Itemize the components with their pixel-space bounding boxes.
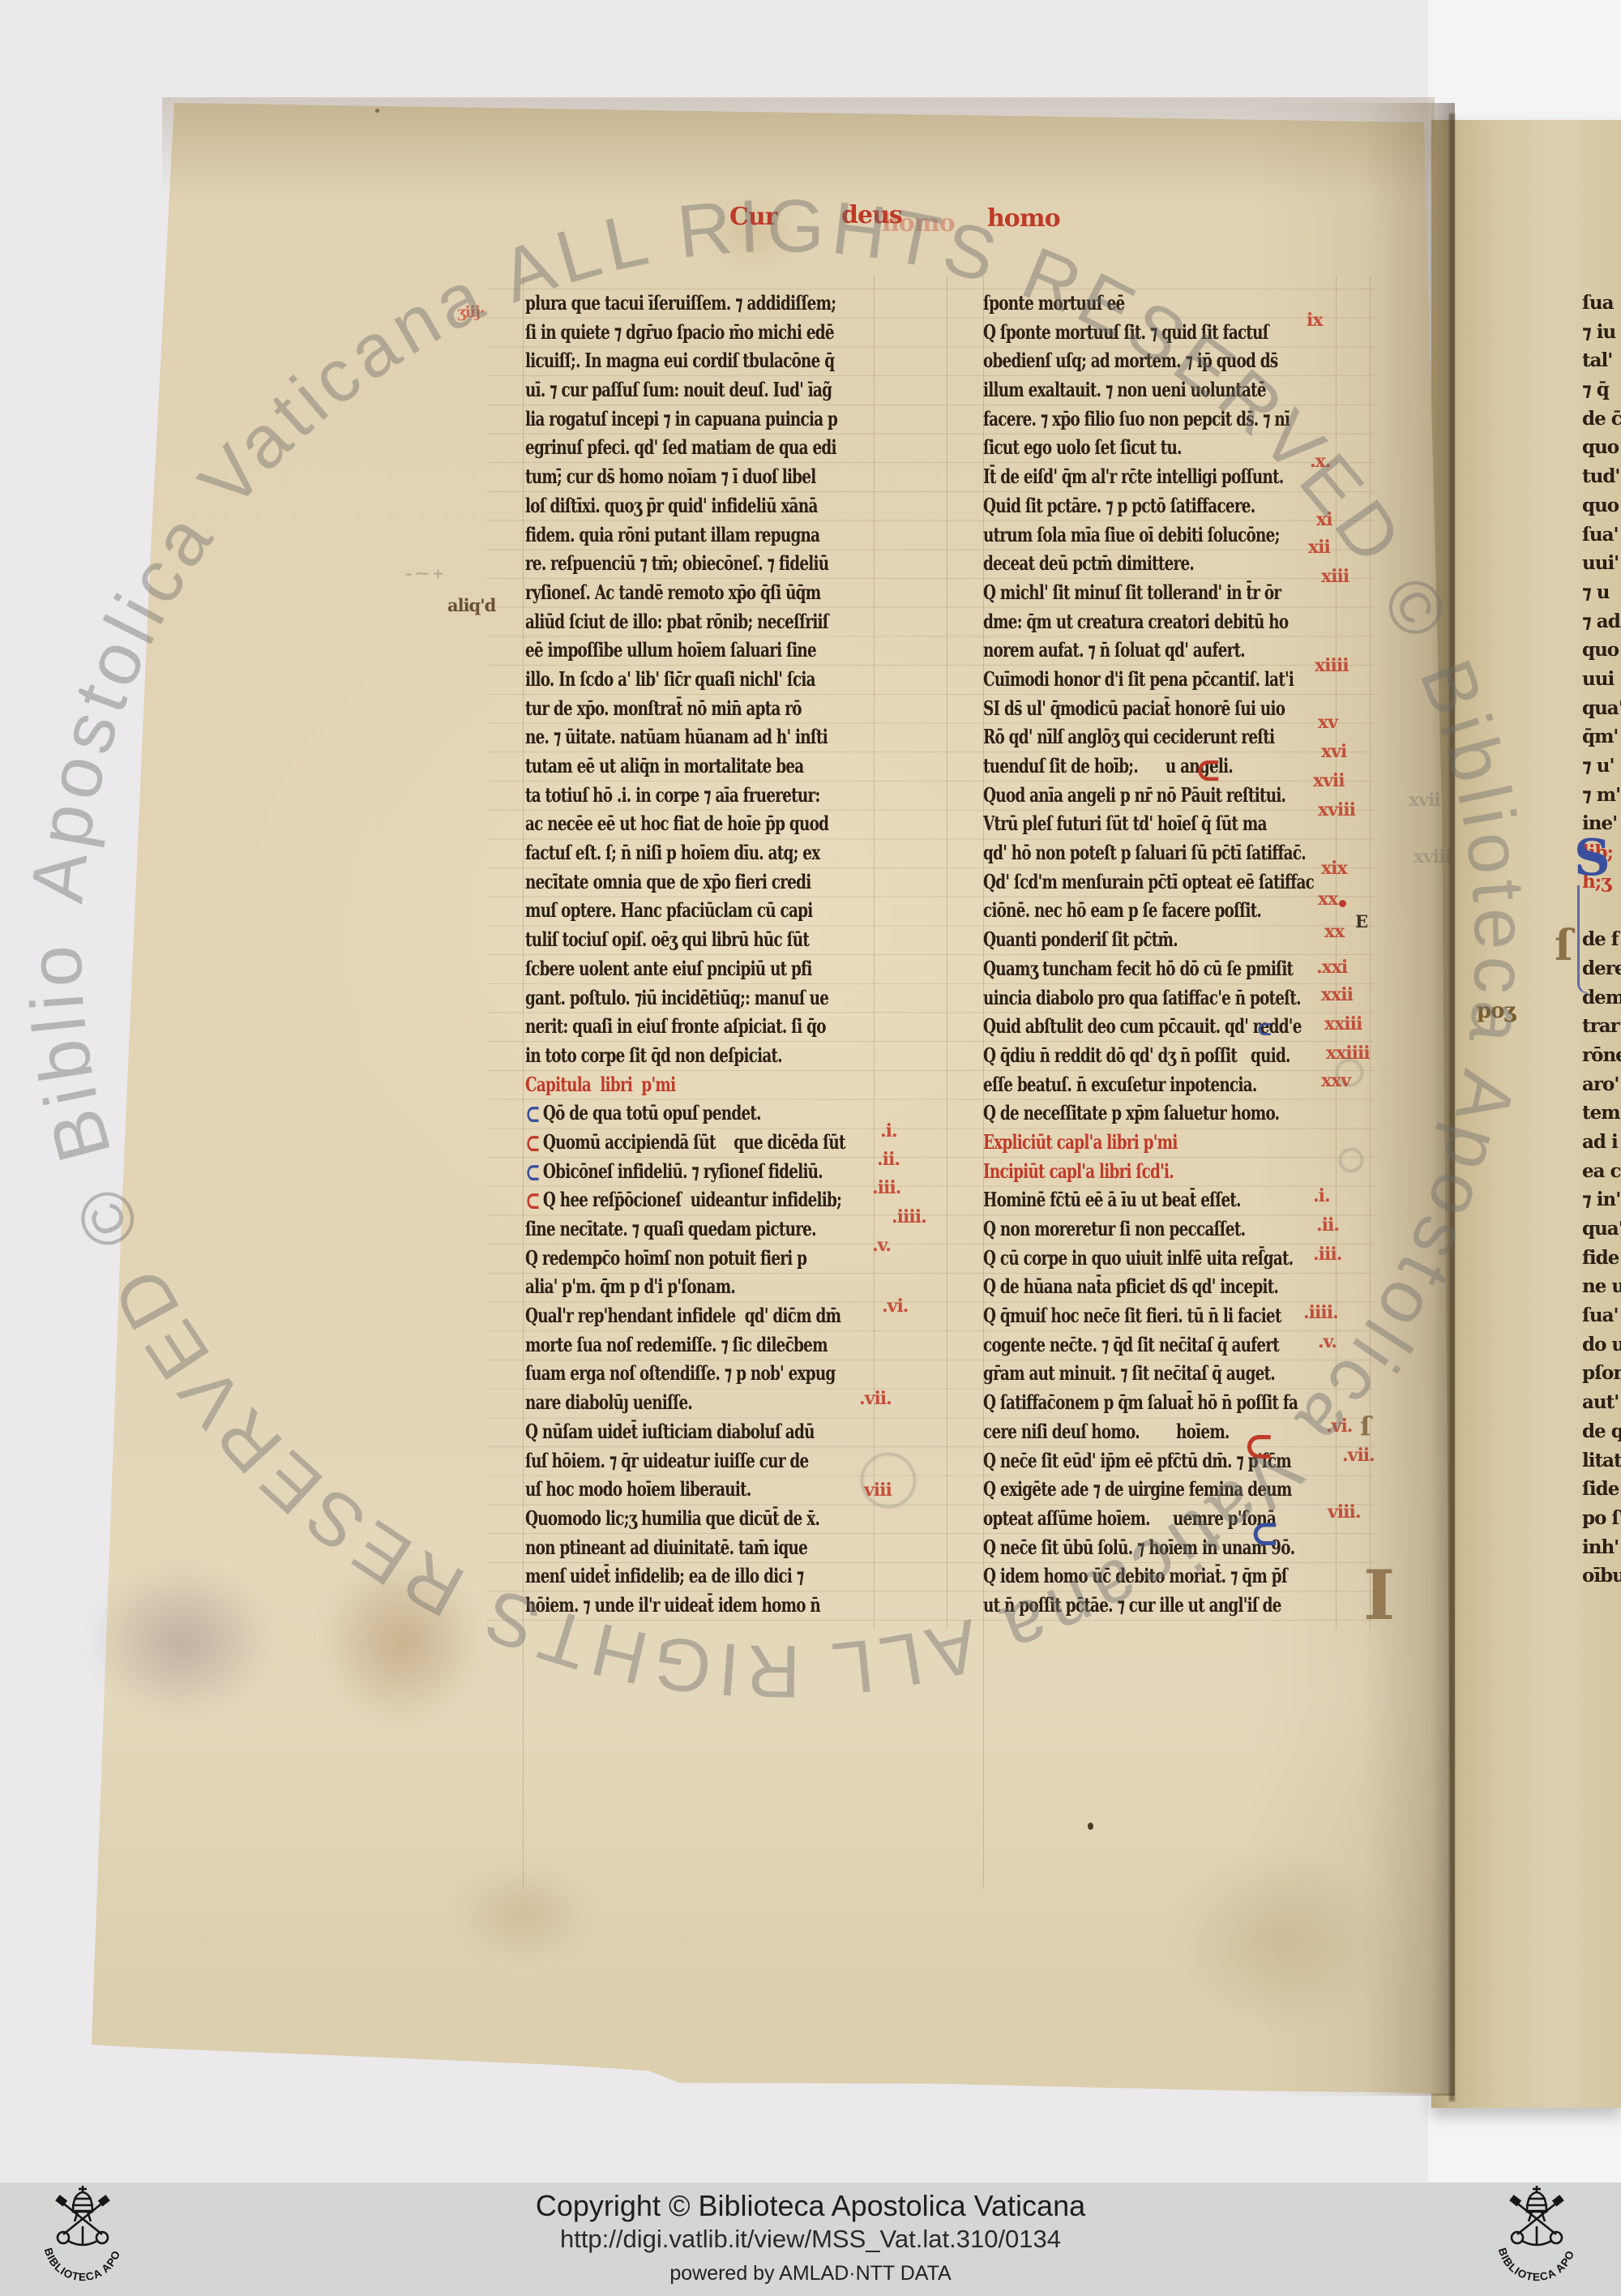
manuscript-line-fragment: dere <box>1582 954 1621 983</box>
manuscript-line: illo. In ſcdo a' lib' ſic̄r quaſi nichl'… <box>525 665 877 694</box>
manuscript-line-fragment: quo <box>1582 433 1621 462</box>
chapter-numeral: .ii. <box>877 1149 900 1170</box>
manuscript-line: ſine necītate. ⁊ quaſi quedam picture. <box>525 1214 877 1244</box>
manuscript-line: non ptineant ad diuinitatē. tam̄ ique <box>525 1533 877 1562</box>
margin-note: ſ <box>1555 921 1572 970</box>
vatican-library-emblem-right: BIBLIOTECA APOSTOLICA VATICANA <box>1486 2184 1587 2294</box>
manuscript-line: menſ uidet̄ infidelib; ea de illo dici ⁊ <box>525 1561 877 1591</box>
margin-note: poʒ <box>1477 999 1515 1023</box>
chapter-numeral: .iii. <box>872 1177 900 1198</box>
manuscript-line: tuliſ tociuſ opiſ. oēʒ qui librū hūc ſūt <box>525 925 877 954</box>
running-header-ghost: homo <box>882 209 955 238</box>
gutter-crease <box>1449 114 1455 2101</box>
manuscript-line-fragment: ſua <box>1582 289 1621 318</box>
manuscript-line-fragment: oību <box>1582 1561 1621 1591</box>
manuscript-line: lia rogatuſ incepi ⁊ in capuana puincia … <box>525 405 877 434</box>
manuscript-line-fragment: rōne <box>1582 1041 1621 1070</box>
manuscript-line-fragment: ⁊ u <box>1582 578 1621 607</box>
manuscript-line: ta totiuſ hō .i. in corpe ⁊ aīa frueretu… <box>525 781 877 810</box>
footer-url: http://digi.vatlib.it/view/MSS_Vat.lat.3… <box>0 2225 1621 2254</box>
chapter-numeral: .vi. <box>882 1296 908 1317</box>
manuscript-line: ac necēe eē ut hoc fiat de hoīe p̄p quod <box>525 809 877 838</box>
margin-note: aliq'd <box>447 595 495 615</box>
manuscript-line: uſ hoc modo hoīem liberauit. <box>525 1475 877 1504</box>
manuscript-line-fragment: ſua' <box>1582 1301 1621 1330</box>
manuscript-line-fragment: ſua' <box>1582 520 1621 550</box>
manuscript-line-fragment: ⁊ iu <box>1582 318 1621 347</box>
blue-initial-flourish <box>1577 885 1588 994</box>
manuscript-line-fragment: ad i <box>1582 1128 1621 1157</box>
manuscript-line: tum;̄ cur ds̄ homo noīam ⁊ ī duoſ libel <box>525 462 877 491</box>
manuscript-line: alia' p'm. q̄m p d'i p'ſonam. <box>525 1272 877 1301</box>
manuscript-line: muſ optere. Hanc pfaciūclam cū capi <box>525 896 877 925</box>
manuscript-line-fragment: quo <box>1582 491 1621 520</box>
manuscript-line: ⊂Quomū accipiendā ſūt que dicēda ſūt <box>525 1128 877 1157</box>
manuscript-line-fragment <box>1582 896 1621 925</box>
manuscript-line: Q nūſam uidet̄ iuſticiam diaboluſ adū <box>525 1417 877 1446</box>
manuscript-line-fragment: ⁊ ad <box>1582 607 1621 636</box>
chapter-numeral: .v. <box>872 1235 891 1256</box>
manuscript-line-fragment: ne u' <box>1582 1272 1621 1301</box>
margin-note: ʒiij· <box>457 302 485 321</box>
margin-note: – ⁓ + <box>405 566 443 582</box>
text-column-1: plura que tacui īſeruiſſem. ⁊ addidiſſem… <box>525 289 877 1620</box>
manuscript-line: ryſioneſ. Ac tandē remoto xp̄o q̄ſi ūq̄m <box>525 578 877 607</box>
manuscript-line: tur de xp̄o. monſtrat̄ nō min̄ apta rō <box>525 694 877 723</box>
manuscript-line: in toto corpe ſit q̄d non deſpiciat. <box>525 1041 877 1070</box>
page-top-shading <box>162 97 1435 195</box>
manuscript-line-fragment: fide <box>1582 1244 1621 1273</box>
ink-fleck <box>375 109 379 113</box>
manuscript-line-fragment: trar' <box>1582 1012 1621 1041</box>
manuscript-line: Quomodo lic;ʒ humilia que dicūt̄ de x̄. <box>525 1504 877 1533</box>
manuscript-line-fragment: do u' <box>1582 1330 1621 1360</box>
manuscript-line: egrinuſ pfeci. qd' ſed matiam de qua edi <box>525 433 877 462</box>
manuscript-line: licuiſſ;. In magna eui cordiſ tbulacōne … <box>525 346 877 375</box>
manuscript-line-fragment: ea c' <box>1582 1157 1621 1186</box>
vatican-library-emblem-left: BIBLIOTECA APOSTOLICA VATICANA <box>32 2184 133 2294</box>
manuscript-line: ⊂Obicōneſ infideliū. ⁊ ryſioneſ fideliū. <box>525 1157 877 1186</box>
manuscript-line-fragment: tud' <box>1582 462 1621 491</box>
manuscript-line: loſ diſtīxi. quoʒ p̄r quid' infideliū xā… <box>525 491 877 520</box>
manuscript-line: Qual'r rep'hendant infidele qd' dic̄m dm… <box>525 1301 877 1330</box>
pen-initial: ⊂ <box>1195 751 1221 789</box>
parchment-stain <box>89 1565 276 1719</box>
manuscript-line-fragment: ⁊ u' <box>1582 752 1621 781</box>
footer-copyright: Copyright © Biblioteca Apostolica Vatica… <box>0 2189 1621 2223</box>
manuscript-line-fragment: inh' <box>1582 1533 1621 1562</box>
manuscript-line: gant. poſtulo. ⁊iū incidētiūq;: manuſ ue <box>525 983 877 1013</box>
manuscript-line: ſuſ hōiem. ⁊ q̄r uideatur iuiſſe cur de <box>525 1446 877 1476</box>
manuscript-line-fragment: ⁊ in' <box>1582 1185 1621 1214</box>
manuscript-line: Capitula libri p'mi <box>525 1070 877 1099</box>
manuscript-line: hōiem. ⁊ unde il'r uideat̄ idem homo n̄ <box>525 1591 877 1620</box>
blue-initial-s: S <box>1574 833 1610 882</box>
manuscript-line-fragment: q̄m' <box>1582 722 1621 752</box>
manuscript-line: tutam eē ut aliq̄n in mortalitate bea <box>525 752 877 781</box>
ruling-line-vertical <box>523 276 524 1889</box>
manuscript-line: factuſ eſt. ſ; n̄ niſi p hoīem dīu. atq;… <box>525 838 877 867</box>
ruling-line-vertical <box>947 276 947 1630</box>
manuscript-line-fragment: litat <box>1582 1446 1621 1476</box>
chapter-numeral: .i. <box>880 1120 897 1142</box>
chapter-numeral: .iiii. <box>892 1206 926 1227</box>
manuscript-line-fragment: aro' <box>1582 1070 1621 1099</box>
footer-powered-by: powered by AMLAD·NTT DATA <box>0 2262 1621 2285</box>
manuscript-line: re. reſpuenciū ⁊ tm̄; obiecōneſ. ⁊ fidel… <box>525 549 877 578</box>
manuscript-line-fragment: dem' <box>1582 983 1621 1013</box>
manuscript-line: necītate omnia que de xp̄o fieri credi <box>525 867 877 897</box>
manuscript-line: fidem. quia rōni putant illam repugna <box>525 520 877 550</box>
manuscript-line-fragment: de q' <box>1582 1417 1621 1446</box>
manuscript-line: ne. ⁊ ūitate. natūam hūanam ad h' inſti <box>525 722 877 752</box>
manuscript-line-fragment: pſon <box>1582 1359 1621 1388</box>
manuscript-line-fragment: de c̄ <box>1582 405 1621 434</box>
manuscript-line-fragment: qua' <box>1582 694 1621 723</box>
manuscript-line-fragment: uui <box>1582 665 1621 694</box>
manuscript-line: uī. ⁊ cur paſſuſ ſum: nouit deuſ. Iud' ī… <box>525 375 877 405</box>
manuscript-line-fragment: de f <box>1582 925 1621 954</box>
manuscript-line: nare diabolūȷ ueniſſe. <box>525 1388 877 1417</box>
stain-ring <box>861 1453 916 1508</box>
manuscript-line: plura que tacui īſeruiſſem. ⁊ addidiſſem… <box>525 289 877 318</box>
manuscript-line-fragment: ⁊ m' <box>1582 781 1621 810</box>
manuscript-line: ſuam erga noſ oſtendiſſe. ⁊ p nob' expug <box>525 1359 877 1388</box>
running-header-cur: Cur <box>729 203 777 231</box>
manuscript-line-fragment: po ſ' <box>1582 1504 1621 1533</box>
chapter-numeral: .vii. <box>859 1388 892 1409</box>
parchment-stain <box>320 1557 482 1727</box>
manuscript-line: Q redempc̄o hoīmſ non potuit fieri p <box>525 1244 877 1273</box>
running-header-homo: homo <box>987 204 1060 233</box>
papal-tiara-and-keys-icon <box>1509 2186 1564 2245</box>
manuscript-line-fragment: quo <box>1582 636 1621 665</box>
manuscript-line-fragment: ſide <box>1582 1475 1621 1504</box>
ink-fleck <box>1088 1823 1093 1830</box>
manuscript-line-fragment: tal' <box>1582 346 1621 375</box>
manuscript-line-fragment: uui' <box>1582 549 1621 578</box>
manuscript-line: ſi in quiete ⁊ dgr̄uo ſpacio m̄o michi e… <box>525 318 877 347</box>
manuscript-line-fragment: qua' <box>1582 1214 1621 1244</box>
manuscript-line: ⊂Q hee reſp̄ōcioneſ uideantur infidelib; <box>525 1185 877 1214</box>
papal-tiara-and-keys-icon <box>55 2186 110 2245</box>
manuscript-line: ſcbere uolent ante eiuſ pncipiū ut pfi <box>525 954 877 983</box>
manuscript-line: ⊂Qō de qua totū opuſ pendet. <box>525 1099 877 1128</box>
manuscript-line-fragment: tem' <box>1582 1099 1621 1128</box>
manuscript-line-fragment: ⁊ q̄ <box>1582 375 1621 405</box>
manuscript-line: aliūd ſciut de illo: pbat rōnib; neceſſr… <box>525 607 877 636</box>
facing-folio-text: ſua⁊ iutal'⁊ q̄de c̄quotud'quoſua'uui'⁊ … <box>1582 289 1621 1591</box>
manuscript-line: eē impoſſibe ullum hoīem ſaluari ſine <box>525 636 877 665</box>
manuscript-line: morte ſua noſ redemiſſe. ⁊ ſic dilec̄bem <box>525 1330 877 1360</box>
gutter-shadow <box>1248 103 1455 2096</box>
manuscript-line: nerit: quaſi in eiuſ fronte aſpiciat. ſi… <box>525 1012 877 1041</box>
manuscript-line-fragment: aut' <box>1582 1388 1621 1417</box>
